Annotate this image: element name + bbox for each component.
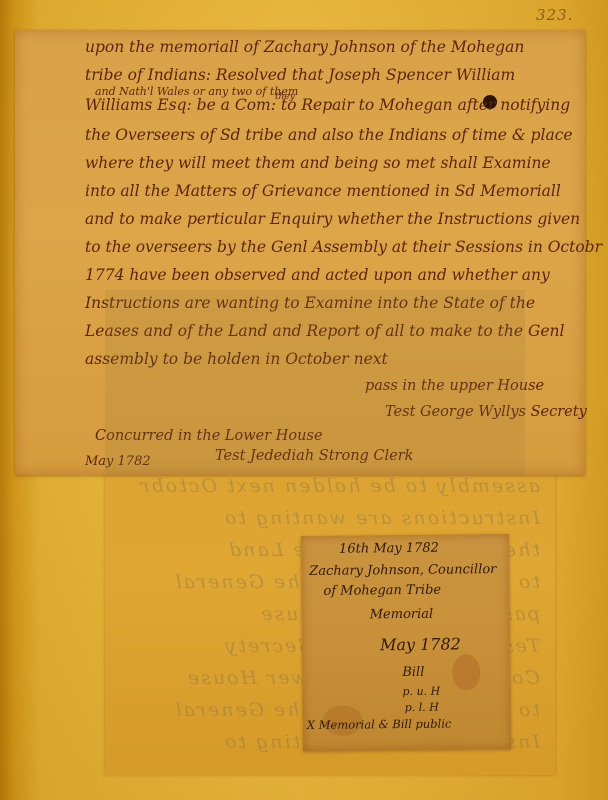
docket-lower-house: p. l. H	[405, 701, 439, 714]
docket-name: Zachary Johnson, Councillor	[309, 562, 496, 579]
docket-title: Memorial	[370, 607, 434, 623]
docket-bill: Bill	[402, 665, 424, 680]
docket-memorial-public: X Memorial & Bill public	[307, 717, 452, 733]
page-number: 323.	[536, 6, 573, 24]
upper-house-signature: Test George Wyllys Secrety	[385, 404, 587, 420]
docket-tribe: of Mohegan Tribe	[323, 583, 441, 599]
docket-month: May 1782	[380, 634, 461, 654]
resolution-line-12: assembly to be holden in October next	[85, 350, 388, 368]
resolution-line-6: into all the Matters of Grievance mentio…	[85, 182, 561, 200]
lower-house-signature: Test Jedediah Strong Clerk	[215, 448, 413, 464]
docket-upper-house: p. u. H	[402, 685, 440, 698]
resolution-line-7: and to make perticular Enquiry whether t…	[85, 210, 580, 228]
resolution-line-9: 1774 have been observed and acted upon a…	[85, 266, 550, 284]
docket-note: 16th May 1782 Zachary Johnson, Councillo…	[301, 534, 511, 751]
resolution-line-10: Instructions are wanting to Examine into…	[85, 294, 535, 312]
resolution-line-3: Williams Esq: be a Com: to Repair to Moh…	[85, 96, 570, 114]
resolution-line-1: upon the memoriall of Zachary Johnson of…	[85, 38, 524, 56]
resolution-line-11: Leases and of the Land and Report of all…	[85, 322, 565, 340]
docket-date: 16th May 1782	[339, 541, 439, 557]
main-document-sheet: upon the memoriall of Zachary Johnson of…	[15, 30, 585, 475]
lower-house-note: Concurred in the Lower House	[95, 428, 323, 444]
resolution-line-2: tribe of Indians: Resolved that Joseph S…	[85, 66, 515, 84]
ghost-line: Instructions are wanting to	[110, 502, 540, 534]
upper-house-note: pass in the upper House	[365, 378, 544, 394]
document-date: May 1782	[85, 454, 151, 469]
resolution-line-4: the Overseers of Sd tribe and also the I…	[85, 126, 573, 144]
resolution-line-5: where they will meet them and being so m…	[85, 154, 551, 172]
stain	[452, 654, 480, 690]
resolution-line-8: to the overseers by the Genl Assembly at…	[85, 238, 602, 256]
